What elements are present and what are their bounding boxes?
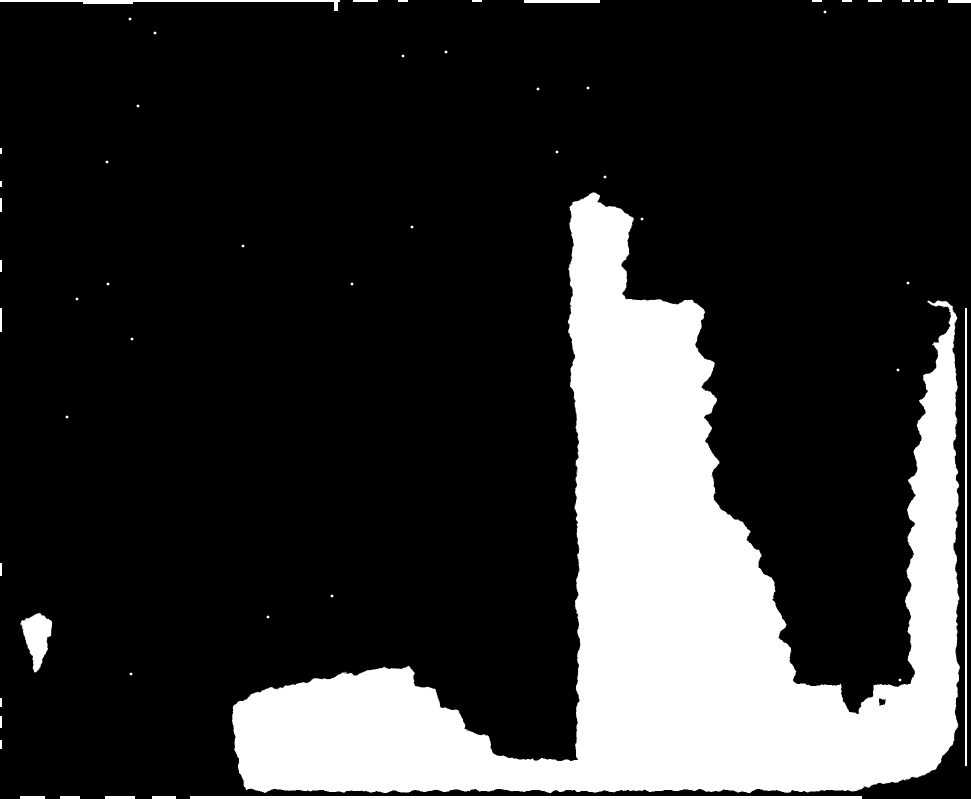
top-edge-dot-1	[902, 0, 910, 2]
noise-speckle-21	[897, 369, 900, 372]
strip-left-notch	[929, 336, 938, 343]
top-edge-dash-1	[353, 0, 378, 2]
noise-speckle-6	[107, 283, 110, 286]
noise-speckle-20	[824, 11, 827, 14]
noise-speckle-13	[556, 151, 559, 154]
noise-speckle-14	[604, 176, 607, 179]
left-edge-tick-6	[0, 563, 2, 576]
noise-speckle-22	[907, 282, 910, 285]
top-edge-dash-8	[948, 0, 971, 3]
left-edge-tick-9	[0, 740, 2, 749]
noise-speckle-17	[331, 595, 334, 598]
binary-mask-figure	[0, 0, 971, 799]
noise-speckle-10	[351, 283, 354, 286]
left-edge-tick-5	[0, 308, 2, 332]
top-edge-dash-5	[812, 0, 822, 2]
left-edge-tick-8	[0, 716, 2, 728]
dot-under-mass	[878, 698, 886, 705]
noise-speckle-25	[771, 640, 774, 643]
binary-mask-image	[0, 0, 971, 799]
noise-speckle-4	[106, 161, 109, 164]
noise-speckle-2	[154, 32, 157, 35]
top-edge-dot-3	[926, 0, 934, 2]
top-edge-line-left	[0, 0, 340, 2]
noise-speckle-24	[445, 51, 448, 54]
noise-speckle-9	[411, 226, 414, 229]
noise-speckle-18	[267, 616, 270, 619]
strip-top-dot	[943, 313, 951, 320]
noise-speckle-15	[641, 218, 644, 221]
black-background	[0, 0, 971, 799]
bottom-border-line	[52, 791, 872, 796]
noise-speckle-8	[131, 338, 134, 341]
noise-speckle-12	[587, 87, 590, 90]
top-edge-dash-3	[472, 0, 482, 2]
noise-speckle-11	[537, 88, 540, 91]
left-edge-tick-7	[0, 698, 2, 707]
noise-speckle-23	[402, 55, 405, 58]
top-edge-dash-4	[524, 0, 600, 3]
left-edge-tick-3	[0, 198, 2, 212]
noise-speckle-7	[242, 245, 245, 248]
noise-speckle-26	[899, 679, 902, 682]
noise-speckle-5	[76, 298, 79, 301]
left-edge-tick-1	[0, 148, 2, 154]
top-edge-dash-7	[868, 0, 882, 2]
binary-photo-canvas	[0, 0, 971, 799]
top-edge-dash-6	[842, 0, 852, 2]
right-edge-thin-line	[965, 308, 967, 766]
left-edge-tick-2	[0, 181, 2, 187]
top-edge-dash-2	[398, 0, 408, 2]
left-edge-tick-4	[0, 260, 2, 272]
top-edge-curl	[334, 2, 338, 11]
top-edge-thick-dash	[83, 0, 133, 4]
noise-speckle-1	[129, 18, 132, 21]
noise-speckle-19	[130, 673, 133, 676]
noise-speckle-3	[137, 105, 140, 108]
noise-speckle-16	[66, 416, 69, 419]
top-edge-dot-2	[914, 0, 922, 2]
